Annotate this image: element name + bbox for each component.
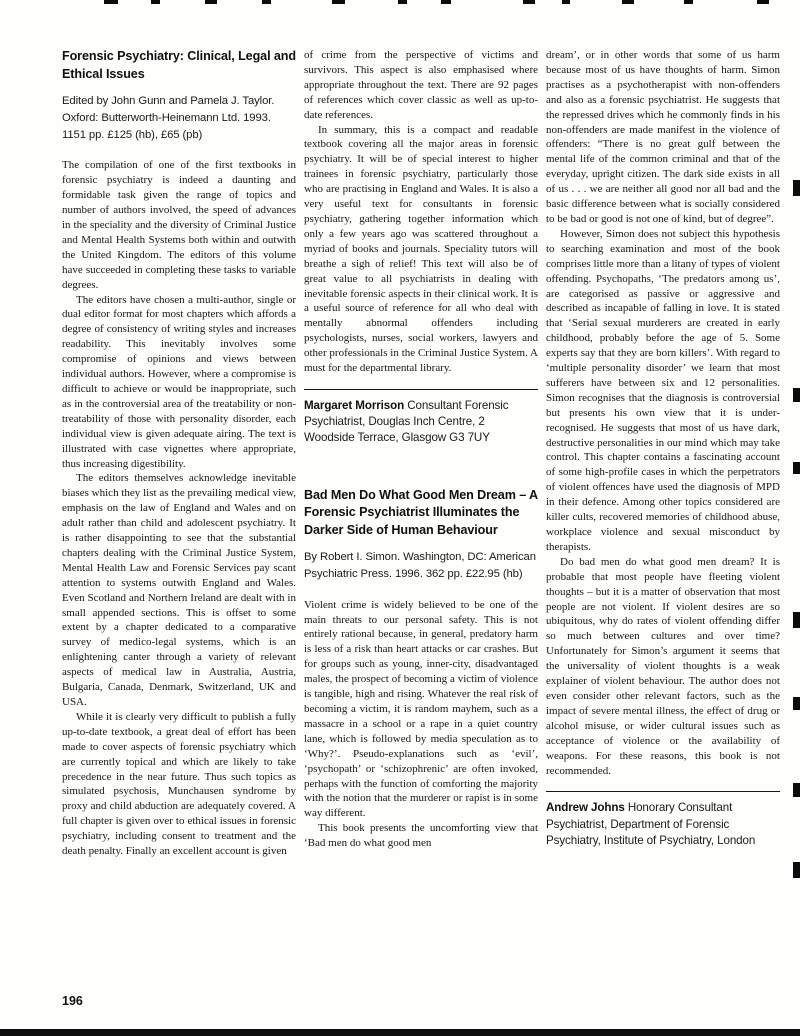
review1-paragraph: While it is clearly very difficult to pu…	[62, 710, 296, 859]
review2-paragraph: Violent crime is widely believed to be o…	[304, 598, 538, 822]
reviewer-name: Andrew Johns	[546, 801, 625, 814]
column-2: of crime from the perspective of victims…	[304, 48, 538, 1000]
journal-review-page: Forensic Psychiatry: Clinical, Legal and…	[0, 0, 800, 1036]
review2-paragraph: However, Simon does not subject this hyp…	[546, 227, 780, 555]
scan-mark-top	[622, 0, 634, 4]
review1-paragraph-continued: of crime from the perspective of victims…	[304, 48, 538, 123]
review2-citation: By Robert I. Simon. Washington, DC: Amer…	[304, 549, 538, 583]
review1-paragraph: The editors have chosen a multi-author, …	[62, 293, 296, 472]
scan-mark-top	[684, 0, 693, 4]
review2-paragraph: This book presents the uncomforting view…	[304, 821, 538, 851]
review2-title: Bad Men Do What Good Men Dream – A Foren…	[304, 487, 538, 540]
scan-mark-right	[793, 612, 800, 628]
scan-mark-right	[793, 180, 800, 196]
review2-paragraph: Do bad men do what good men dream? It is…	[546, 555, 780, 779]
scan-mark-top	[262, 0, 271, 4]
scan-mark-top	[398, 0, 407, 4]
review1-citation: Edited by John Gunn and Pamela J. Taylor…	[62, 93, 296, 143]
reviewer-name: Margaret Morrison	[304, 399, 404, 412]
review2-byline-block: Andrew Johns Honorary Consultant Psychia…	[546, 791, 780, 849]
scan-mark-top	[205, 0, 217, 4]
scan-mark-top	[523, 0, 535, 4]
column-1: Forensic Psychiatry: Clinical, Legal and…	[62, 48, 296, 1000]
scan-mark-right	[793, 783, 800, 797]
review1-paragraph: The compilation of one of the first text…	[62, 158, 296, 292]
review2-reviewer-byline: Andrew Johns Honorary Consultant Psychia…	[546, 800, 780, 849]
scan-mark-top	[562, 0, 570, 4]
page-number: 196	[62, 994, 83, 1008]
byline-divider	[546, 791, 780, 792]
scan-mark-top	[757, 0, 769, 4]
byline-divider	[304, 389, 538, 390]
scan-mark-right	[793, 697, 800, 710]
scan-mark-right	[793, 388, 800, 402]
review1-reviewer-byline: Margaret Morrison Consultant Forensic Ps…	[304, 398, 538, 447]
scan-mark-top	[104, 0, 118, 4]
review1-paragraph: The editors themselves acknowledge inevi…	[62, 471, 296, 710]
review2-paragraph-continued: dream’, or in other words that some of u…	[546, 48, 780, 227]
review1-paragraph: In summary, this is a compact and readab…	[304, 123, 538, 376]
scan-mark-right	[793, 462, 800, 474]
scan-mark-top	[441, 0, 451, 4]
scan-mark-top	[332, 0, 345, 4]
scan-mark-right	[793, 862, 800, 878]
scan-mark-top	[151, 0, 160, 4]
review1-byline-block: Margaret Morrison Consultant Forensic Ps…	[304, 389, 538, 447]
scan-bottom-bar	[0, 1029, 800, 1036]
review1-title: Forensic Psychiatry: Clinical, Legal and…	[62, 48, 296, 83]
column-3: dream’, or in other words that some of u…	[546, 48, 780, 1000]
